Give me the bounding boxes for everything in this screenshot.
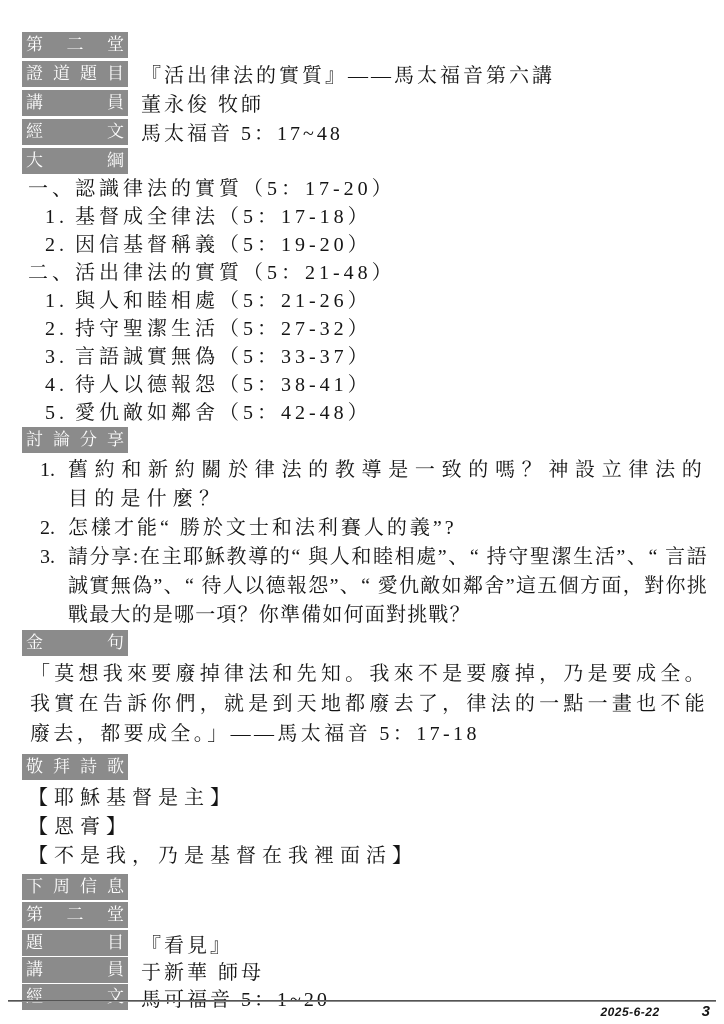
outline-item-text: 活出律法的實質（5：21-48）	[75, 259, 396, 287]
outline-item-text: 與人和睦相處（5：21-26）	[75, 287, 372, 315]
outline-item-text: 持守聖潔生活（5：27-32）	[75, 315, 372, 343]
session-row: 第二堂	[22, 30, 708, 59]
discussion-item-text: 請分享:在主耶穌教導的“ 與人和睦相處”、“ 持守聖潔生活”、“ 言語誠實無偽”…	[68, 543, 708, 630]
outline-item: 二、 活出律法的實質（5：21-48）	[28, 259, 708, 287]
scripture-ref: 馬太福音 5：17~48	[141, 117, 343, 146]
worship-song-list: 【耶穌基督是主】 【恩膏】 【不是我，乃是基督在我裡面活】	[28, 784, 708, 871]
discussion-item: 3. 請分享:在主耶穌教導的“ 與人和睦相處”、“ 持守聖潔生活”、“ 言語誠實…	[40, 543, 708, 630]
outline-item-number: 二、	[28, 259, 75, 287]
discussion-item-number: 3.	[40, 543, 68, 630]
scripture-label: 經文	[22, 119, 128, 145]
next-week-speaker-label: 講員	[22, 957, 128, 983]
next-week-label: 下周信息	[22, 874, 128, 900]
discussion-item-text: 舊約和新約關於律法的教導是一致的嗎？神設立律法的目的是什麼？	[68, 456, 708, 514]
golden-verse-text: 「莫想我來要廢掉律法和先知。我來不是要廢掉，乃是要成全。我實在告訴你們，就是到天…	[30, 659, 708, 749]
outline-item-text: 言語誠實無偽（5：33-37）	[75, 343, 372, 371]
outline-item-number: 1.	[28, 203, 75, 231]
outline-item-number: 4.	[28, 371, 75, 399]
next-week-session-badge: 第二堂	[22, 902, 128, 928]
outline-item-text: 待人以德報怨（5：38-41）	[75, 371, 372, 399]
outline-item-number: 1.	[28, 287, 75, 315]
worship-song: 【耶穌基督是主】	[28, 784, 708, 813]
next-week-speaker-row: 講員 于新華 師母	[22, 957, 708, 984]
outline-label-row: 大綱	[22, 146, 708, 175]
speaker-label: 講員	[22, 90, 128, 116]
outline-item: 一、 認識律法的實質（5：17-20）	[28, 175, 708, 203]
next-week-title: 『看見』	[141, 929, 233, 958]
footer-page-number: 3	[702, 1003, 710, 1020]
session-badge: 第二堂	[22, 32, 128, 58]
outline-item: 4. 待人以德報怨（5：38-41）	[28, 371, 708, 399]
outline-item-number: 5.	[28, 399, 75, 427]
footer-date: 2025-6-22	[600, 1005, 659, 1019]
worship-song: 【恩膏】	[28, 813, 708, 842]
footer-text-row: 2025-6-22 3	[8, 1002, 716, 1020]
worship-songs-label: 敬拜詩歌	[22, 754, 128, 780]
discussion-label: 討論分享	[22, 427, 128, 453]
bulletin-page: 第二堂 證道題目 『活出律法的實質』——馬太福音第六講 講員 董永俊 牧師 經文…	[0, 0, 724, 1024]
discussion-item-number: 2.	[40, 514, 68, 543]
sermon-outline: 一、 認識律法的實質（5：17-20） 1. 基督成全律法（5：17-18） 2…	[28, 175, 708, 427]
page-footer: 2025-6-22 3	[8, 1000, 716, 1020]
outline-item-text: 愛仇敵如鄰舍（5：42-48）	[75, 399, 372, 427]
sermon-title: 『活出律法的實質』——馬太福音第六講	[141, 59, 555, 88]
discussion-item: 2. 怎樣才能“ 勝於文士和法利賽人的義”?	[40, 514, 708, 543]
outline-item-text: 因信基督稱義（5：19-20）	[75, 231, 372, 259]
next-week-title-row: 題目 『看見』	[22, 930, 708, 957]
outline-label: 大綱	[22, 148, 128, 174]
outline-item: 5. 愛仇敵如鄰舍（5：42-48）	[28, 399, 708, 427]
outline-item-text: 基督成全律法（5：17-18）	[75, 203, 372, 231]
next-week-section: 下周信息 第二堂 題目 『看見』 講員 于新華 師母 經文 馬可福音 5：1~2…	[22, 874, 708, 1011]
outline-item-number: 2.	[28, 315, 75, 343]
outline-item-number: 一、	[28, 175, 75, 203]
topic-row: 證道題目 『活出律法的實質』——馬太福音第六講	[22, 59, 708, 88]
discussion-item: 1. 舊約和新約關於律法的教導是一致的嗎？神設立律法的目的是什麼？	[40, 456, 708, 514]
golden-verse-label: 金句	[22, 630, 128, 656]
outline-item: 2. 持守聖潔生活（5：27-32）	[28, 315, 708, 343]
next-week-title-label: 題目	[22, 930, 128, 956]
speaker-name: 董永俊 牧師	[141, 88, 264, 117]
scripture-row: 經文 馬太福音 5：17~48	[22, 117, 708, 146]
outline-item-number: 2.	[28, 231, 75, 259]
next-week-speaker: 于新華 師母	[141, 956, 264, 985]
outline-item: 2. 因信基督稱義（5：19-20）	[28, 231, 708, 259]
outline-item-text: 認識律法的實質（5：17-20）	[75, 175, 396, 203]
worship-song: 【不是我，乃是基督在我裡面活】	[28, 842, 708, 871]
speaker-row: 講員 董永俊 牧師	[22, 88, 708, 117]
discussion-item-text: 怎樣才能“ 勝於文士和法利賽人的義”?	[68, 514, 708, 543]
outline-item: 1. 與人和睦相處（5：21-26）	[28, 287, 708, 315]
discussion-item-number: 1.	[40, 456, 68, 514]
outline-item-number: 3.	[28, 343, 75, 371]
topic-label: 證道題目	[22, 61, 128, 87]
outline-item: 1. 基督成全律法（5：17-18）	[28, 203, 708, 231]
outline-item: 3. 言語誠實無偽（5：33-37）	[28, 343, 708, 371]
discussion-list: 1. 舊約和新約關於律法的教導是一致的嗎？神設立律法的目的是什麼？ 2. 怎樣才…	[40, 456, 708, 630]
